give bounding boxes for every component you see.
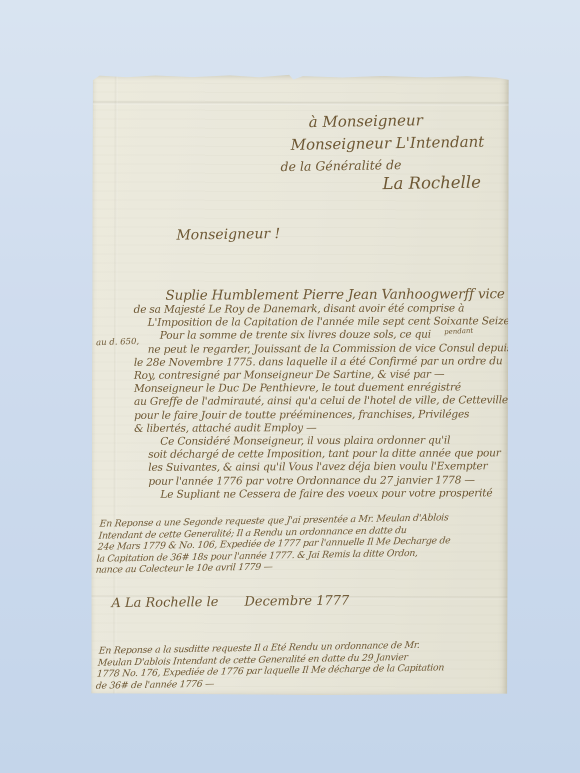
- petition-line: Le Supliant ne Cessera de faire des voeu…: [134, 487, 506, 502]
- response-note-1778: En Reponse a la susditte requeste Il a E…: [95, 638, 503, 692]
- address-line-intendant: Monseigneur L'Intendant: [290, 133, 484, 154]
- response-note-1779: En Reponse a une Segonde requeste que J'…: [95, 511, 504, 576]
- date-text: Decembre 1777: [244, 593, 349, 609]
- place-date-line: A La Rochelle leDecembre 1777: [111, 593, 349, 611]
- address-line-generalite: de la Généralité de: [280, 157, 401, 174]
- petition-body: Suplie Humblement Pierre Jean Vanhoogwer…: [134, 287, 507, 502]
- petition-line: ne peut le regarder, Jouissant de la Com…: [134, 342, 506, 357]
- manuscript-paper: à Monseigneur Monseigneur L'Intendant de…: [91, 73, 509, 695]
- petition-line: au Greffe de l'admirauté, ainsi qu'a cel…: [134, 395, 506, 410]
- photograph-backdrop: { "scene": { "description": "Photograph …: [0, 0, 580, 773]
- address-line-to: à Monseigneur: [309, 111, 423, 131]
- address-line-la-rochelle: La Rochelle: [382, 173, 481, 194]
- petition-line: les Suivantes, & ainsi qu'il Vous l'avez…: [134, 461, 506, 476]
- petition-line: L'Imposition de la Capitation de l'année…: [134, 315, 506, 330]
- place-text: A La Rochelle le: [111, 595, 218, 611]
- salutation: Monseigneur !: [176, 226, 280, 244]
- petition-line: pour le faire Jouir de toutte prééminenc…: [134, 408, 506, 423]
- horizontal-fold-crease: [93, 101, 509, 105]
- petition-line: le 28e Novembre 1775. dans laquelle il a…: [134, 355, 506, 370]
- petition-line: Suplie Humblement Pierre Jean Vanhoogwer…: [134, 287, 506, 304]
